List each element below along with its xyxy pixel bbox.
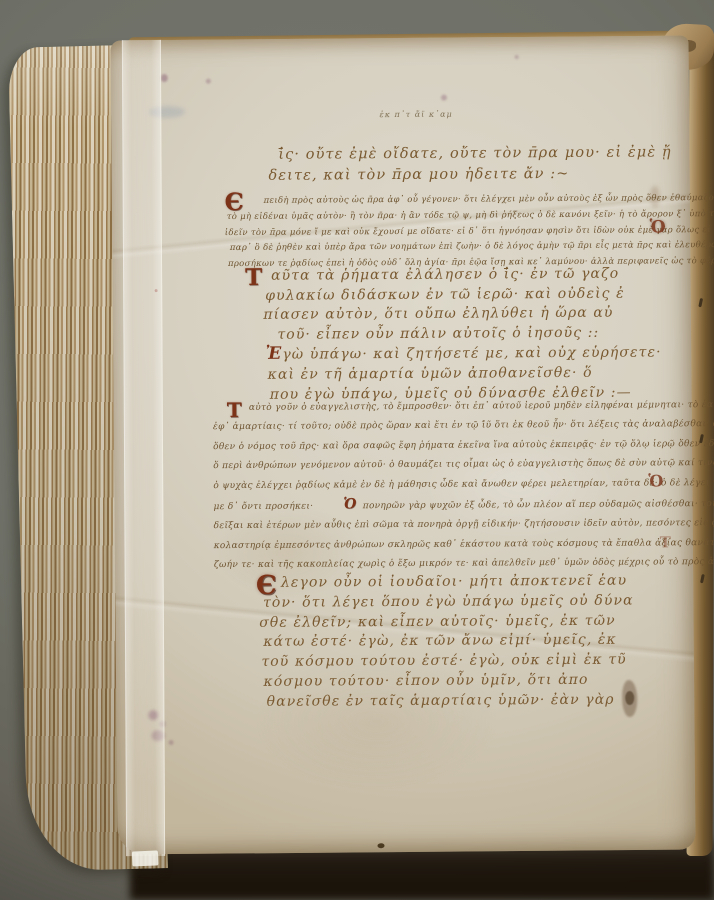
gospel-block-1: ἰ̄ς· οὔτε ἐμὲ οἴδατε, οὔτε τὸν π̄ρα μου·… (268, 142, 672, 186)
gospel-line: τοῦ· εἶπεν οὖν πάλιν αὐτοῖς ὁ ἰησοῦς :: (277, 323, 661, 345)
commentary-line: ὅ περὶ ἀνθρώπων γενόμενον αὐτοῦ· ὁ θαυμά… (213, 453, 714, 477)
gospel-block-2: αῦτα τὰ ῥήματα ἐλάλησεν ὁ ἰ̄ς· ἐν τῶ γαζ… (271, 264, 662, 405)
gospel-block-3: λεγον οὖν οἱ ἰουδαῖοι· μήτι ἀποκτενεῖ ἑα… (263, 572, 634, 713)
commentary-line: δεῖξαι καὶ ἑτέρων μὲν αὖθις ἐπὶ σῶμα τὰ … (214, 513, 714, 537)
sewing-mark (698, 298, 703, 307)
gospel-line: κάτω ἐστέ· ἐγὼ, ἐκ τῶν ἄνω εἰμί· ὑμεῖς, … (263, 631, 634, 653)
running-title: ἐκ π᾽τ ἄϊ κ᾽αμ (346, 109, 486, 119)
margin-rubric-omicron: Ὁ (650, 217, 666, 237)
margin-rubric-tau: Τ (660, 533, 671, 551)
gospel-line: θανεῖσθε ἐν ταῖς ἁμαρτίαις ὑμῶν· ἐὰν γὰρ (267, 690, 635, 712)
gospel-line: καὶ ἐν τῆ ἁμαρτία ὑμῶν ἀποθανεῖσθε· ὅ (268, 363, 662, 385)
gospel-line: σθε ἐλθεῖν; καὶ εἶπεν αὐτοῖς· ὑμεῖς, ἐκ … (259, 611, 634, 633)
gospel-line: λεγον οὖν οἱ ἰουδαῖοι· μήτι ἀποκτενεῖ ἑα… (263, 572, 634, 594)
commentary-line-part: με δ᾽ ὄντι προσήκει· (213, 502, 313, 513)
gospel-line: κόσμου τούτου· εἶπον οὖν ὑμῖν, ὅτι ἀπο (263, 671, 634, 693)
gospel-line: αῦτα τὰ ῥήματα ἐλάλησεν ὁ ἰ̄ς· ἐν τῶ γαζ… (271, 264, 661, 286)
rubric-initial-omicron: Ὁ (343, 496, 356, 512)
text-layer: ἐκ π᾽τ ἄϊ κ᾽αμ ἰ̄ς· οὔτε ἐμὲ οἴδατε, οὔτ… (0, 0, 714, 900)
commentary-line-with-initial: με δ᾽ ὄντι προσήκει·Ὁπονηρῶν γὰρ ψυχῶν ἐ… (213, 492, 714, 518)
gospel-line: ἰ̄ς· οὔτε ἐμὲ οἴδατε, οὔτε τὸν π̄ρα μου·… (268, 142, 671, 165)
commentary-line: ἐφ᾽ ἁμαρτίαις· τί τοῦτο; οὐδὲ πρὸς ὥραν … (213, 414, 714, 438)
commentary-block-1: πειδὴ πρὸς αὐτοὺς ὡς π̄ρα ἀφ᾽ οὗ γέγονεν… (227, 190, 714, 273)
margin-rubric-omicron: Ὁ (648, 471, 663, 490)
gospel-line: δειτε, καὶ τὸν π̄ρα μου ἡδειτε ἄν :~ (268, 163, 671, 186)
commentary-line-part: πονηρῶν γὰρ ψυχῶν ἐξ ὧδε, τὸ ὦν πλέον αἵ… (363, 499, 714, 511)
gospel-line: φυλακίω διδάσκων ἐν τῶ ἱερῶ· καὶ οὐδεὶς … (265, 284, 661, 306)
manuscript-photo: ἐκ π᾽τ ἄϊ κ᾽αμ ἰ̄ς· οὔτε ἐμὲ οἴδατε, οὔτ… (0, 0, 714, 900)
rubric-initial-tau: Τ (245, 264, 262, 291)
commentary-block-2: αὐτὸ γοῦν ὁ εὐαγγελιστὴς, τὸ ἔμπροσθεν· … (213, 395, 714, 576)
gospel-line: τοῦ κόσμου τούτου ἐστέ· ἐγὼ, οὐκ εἰμὶ ἐκ… (261, 651, 634, 673)
gospel-line: τὸν· ὅτι λέγει ὅπου ἐγὼ ὑπάγω ὑμεῖς οὐ δ… (263, 591, 634, 613)
gospel-line: πίασεν αὐτὸν, ὅτι οὔπω ἐληλύθει ἡ ὥρα αὐ (263, 304, 661, 326)
gospel-line: Ἐγὼ ὑπάγω· καὶ ζητήσετέ με, καὶ οὐχ εὑρή… (265, 343, 661, 366)
sewing-mark (700, 574, 705, 583)
